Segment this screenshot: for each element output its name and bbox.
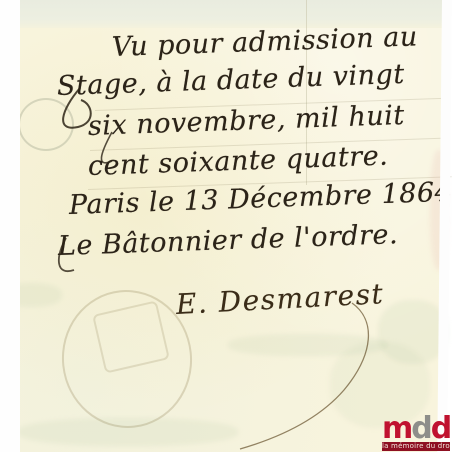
mdd-logo: mdd la mémoire du droit [382,417,450,451]
scan-margin-left [0,0,20,452]
logo-tagline: la mémoire du droit [382,442,450,451]
mdd-logo-letters: mdd [382,417,450,442]
logo-letter-d1: d [411,411,430,446]
paper-watermark-ring [18,98,74,151]
scanned-manuscript-page: Vu pour admission au Stage, à la date du… [0,0,452,452]
logo-letter-m: m [382,411,411,446]
logo-letter-d2: d [431,411,450,446]
